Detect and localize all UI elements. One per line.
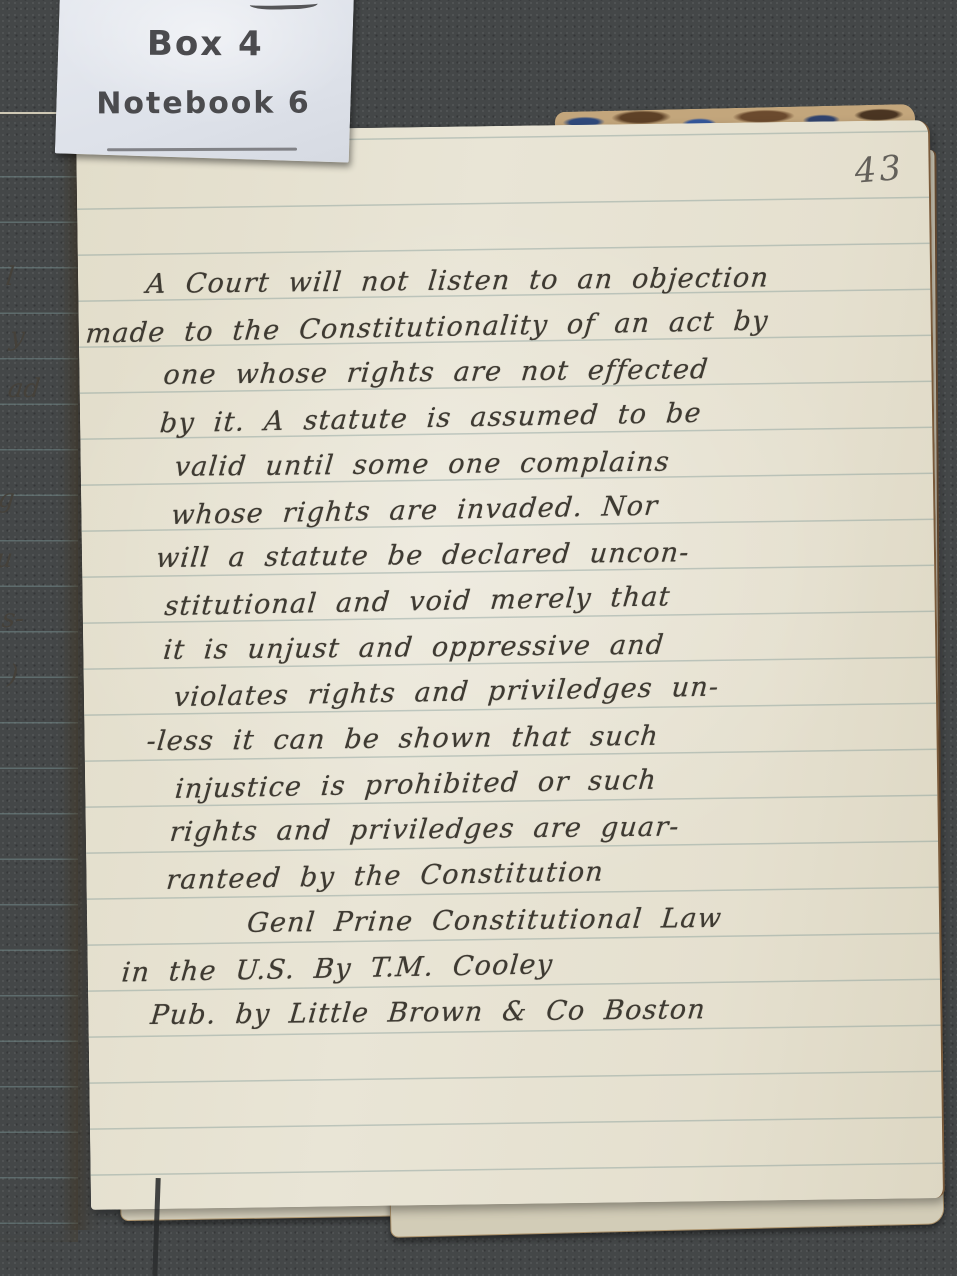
left-page-text-fragment: l xyxy=(5,264,16,290)
left-page-text-fragment: y xyxy=(9,324,26,350)
cutoff-writing-mark xyxy=(250,0,318,10)
handwriting-line: Genl Prine Constitutional Law xyxy=(246,904,724,939)
handwriting-line: it is unjust and oppressive and xyxy=(162,631,666,666)
sticky-note-box-label: Box 4 xyxy=(58,23,352,65)
handwriting-line: whose rights are invaded. Nor xyxy=(170,492,660,531)
sticky-note-underline xyxy=(107,148,297,152)
handwriting-line: violates rights and priviledges un- xyxy=(173,673,721,713)
photo-scene: lyadgus-) 43 A Court will not listen to … xyxy=(0,0,957,1276)
notebook-page: 43 A Court will not listen to an objecti… xyxy=(76,120,945,1210)
left-page-text-fragment: u xyxy=(0,546,14,572)
handwriting-line: will a statute be declared uncon- xyxy=(155,538,691,573)
left-page-text-fragment: s- xyxy=(1,606,26,632)
handwriting-line: rights and priviledges are guar- xyxy=(169,812,682,847)
sticky-note: Box 4 Notebook 6 xyxy=(55,0,355,163)
left-page-text-fragment: g xyxy=(0,486,16,512)
handwriting-line: made to the Constitutionality of an act … xyxy=(84,307,769,350)
left-page-text-fragment: ) xyxy=(7,662,20,688)
handwriting-line: in the U.S. By T.M. Cooley xyxy=(120,950,554,988)
handwriting-line: Pub. by Little Brown & Co Boston xyxy=(149,995,707,1031)
handwriting-line: one whose rights are not effected xyxy=(162,355,710,390)
handwriting-line: -less it can be shown that such xyxy=(145,722,660,757)
sticky-note-notebook-label: Notebook 6 xyxy=(56,85,350,121)
handwriting-line: by it. A statute is assumed to be xyxy=(159,399,703,439)
handwriting-line: valid until some one complains xyxy=(173,448,671,483)
handwriting-line: A Court will not listen to an objection xyxy=(145,263,771,299)
left-page-text-fragment: ad xyxy=(7,376,42,402)
handwriting-line: injustice is prohibited or such xyxy=(174,766,658,805)
handwriting-block: A Court will not listen to an objectionm… xyxy=(76,120,943,1210)
handwriting-line: stitutional and void merely that xyxy=(163,582,672,621)
handwriting-line: ranteed by the Constitution xyxy=(165,857,605,895)
